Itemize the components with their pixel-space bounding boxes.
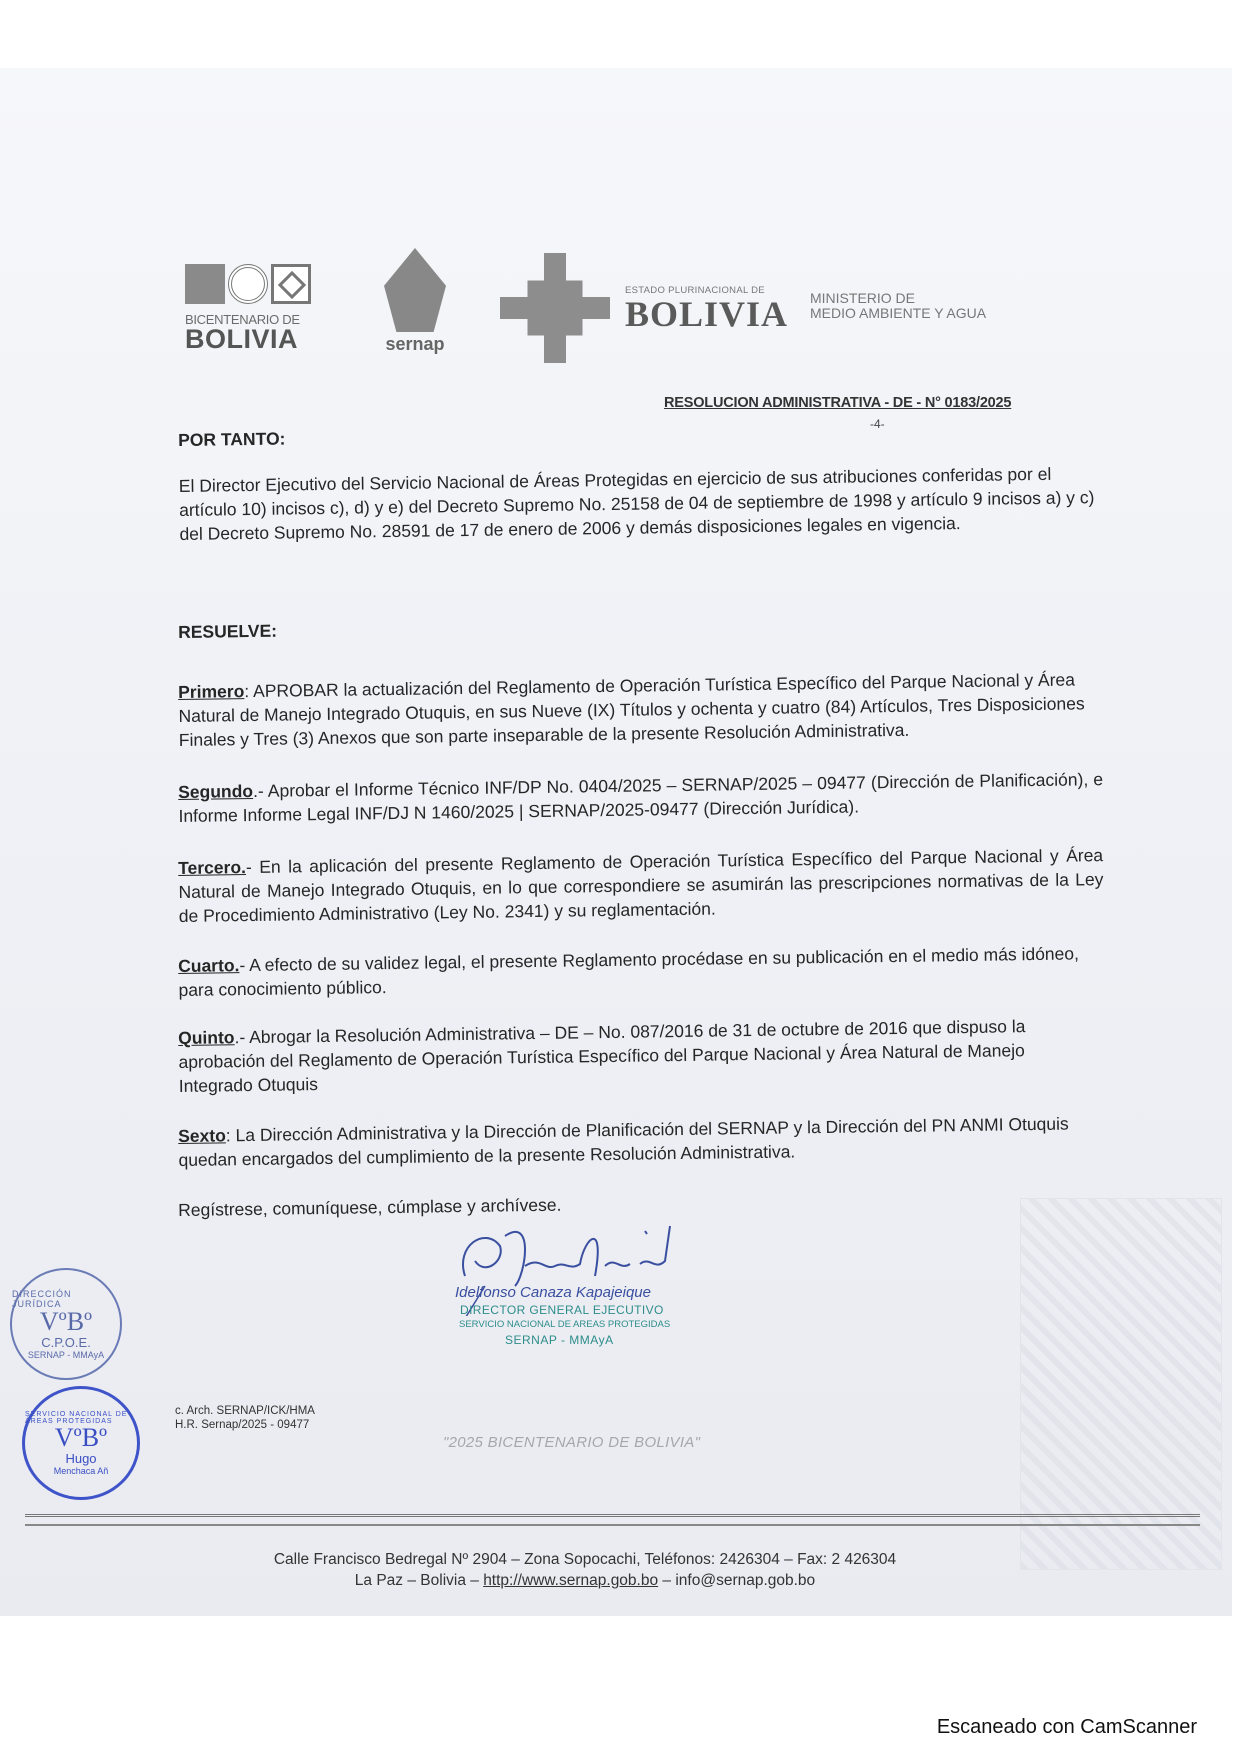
article-sexto: Sexto: La Dirección Administrativa y la … [178, 1111, 1104, 1172]
article-tercero: Tercero.- En la aplicación del presente … [178, 843, 1104, 928]
footer-contact: Calle Francisco Bedregal Nº 2904 – Zona … [0, 1549, 1170, 1591]
por-tanto-heading: POR TANTO: [178, 415, 1103, 452]
footer-city: La Paz – Bolivia – [355, 1572, 483, 1589]
resolution-title: RESOLUCION ADMINISTRATIVA - DE - N° 0183… [664, 395, 1011, 411]
bicentenario-title: BOLIVIA [185, 324, 320, 355]
por-tanto-section: POR TANTO: El Director Ejecutivo del Ser… [178, 415, 1105, 546]
chakana-emblem [500, 253, 610, 363]
article-cuarto: Cuarto.- A efecto de su validez legal, e… [178, 941, 1104, 1002]
article-quinto: Quinto.- Abrogar la Resolución Administr… [178, 1013, 1104, 1098]
stamp-ring-text: DIRECCIÓN JURÍDICA [12, 1289, 120, 1309]
article-sep: .- [234, 1027, 249, 1047]
signatory-institution: SERVICIO NACIONAL DE AREAS PROTEGIDAS [459, 1319, 670, 1330]
article-primero: Primero: APROBAR la actualización del Re… [178, 667, 1104, 752]
footer-city-line: La Paz – Bolivia – http://www.sernap.gob… [0, 1570, 1170, 1591]
stamp-vobo: VºBº [55, 1425, 107, 1451]
article-label: Tercero. [178, 857, 246, 878]
bicentenario-motto: "2025 BICENTENARIO DE BOLIVIA" [443, 1434, 700, 1451]
scanned-page: BICENTENARIO DE BOLIVIA sernap ESTADO PL… [0, 68, 1232, 1616]
article-label: Segundo [178, 781, 253, 802]
article-text: A efecto de su validez legal, el present… [178, 943, 1079, 1000]
article-sep: : [244, 681, 253, 701]
stamp-vobo: VºBº [40, 1309, 92, 1335]
stamp-initials: Hugo [65, 1451, 96, 1466]
bicentenario-logo: BICENTENARIO DE BOLIVIA [185, 264, 320, 355]
ministerio-logo: MINISTERIO DE MEDIO AMBIENTE Y AGUA [810, 291, 986, 321]
article-segundo: Segundo.- Aprobar el Informe Técnico INF… [178, 767, 1104, 828]
cc-line-2: H.R. Sernap/2025 - 09477 [175, 1418, 315, 1432]
article-label: Sexto [178, 1125, 226, 1146]
website-link[interactable]: http://www.sernap.gob.bo [483, 1572, 658, 1589]
article-sep: - [246, 857, 260, 877]
chakana-icon [500, 253, 610, 363]
article-text: Aprobar el Informe Técnico INF/DP No. 04… [178, 769, 1103, 826]
article-text: Abrogar la Resolución Administrativa – D… [178, 1016, 1025, 1096]
copy-distribution: c. Arch. SERNAP/ICK/HMA H.R. Sernap/2025… [175, 1404, 315, 1432]
article-label: Primero [178, 681, 244, 702]
estado-plurinacional-logo: ESTADO PLURINACIONAL DE BOLIVIA [625, 285, 788, 335]
signatory-name: Idelfonso Canaza Kapajeique [455, 1284, 651, 1301]
article-label: Quinto [178, 1027, 235, 1048]
footer-address: Calle Francisco Bedregal Nº 2904 – Zona … [0, 1549, 1170, 1570]
sernap-logo: sernap [375, 248, 455, 355]
article-label: Cuarto. [178, 955, 240, 976]
sernap-wordmark: sernap [375, 334, 455, 355]
stamp-direccion-juridica: DIRECCIÓN JURÍDICA VºBº C.P.O.E. SERNAP … [10, 1268, 122, 1380]
signatory-sub: SERNAP - MMAyA [505, 1333, 614, 1347]
article-sep: .- [253, 781, 268, 801]
sernap-leaf-icon [384, 248, 446, 332]
estado-title: BOLIVIA [625, 293, 788, 335]
article-text: La Dirección Administrativa y la Direcci… [178, 1114, 1068, 1170]
stamp-footer-text: Menchaca Añ [54, 1466, 109, 1476]
article-text: En la aplicación del presente Reglamento… [178, 845, 1103, 926]
bicentenario-icon [185, 264, 320, 306]
ministerio-line2: MEDIO AMBIENTE Y AGUA [810, 306, 986, 321]
article-text: APROBAR la actualización del Reglamento … [178, 669, 1084, 750]
cc-line-1: c. Arch. SERNAP/ICK/HMA [175, 1404, 315, 1418]
stamp-initials: C.P.O.E. [41, 1335, 91, 1350]
por-tanto-paragraph: El Director Ejecutivo del Servicio Nacio… [179, 461, 1105, 546]
footer-email: – info@sernap.gob.bo [658, 1572, 815, 1589]
resuelve-heading-text: RESUELVE: [178, 607, 1103, 644]
signature-block: Idelfonso Canaza Kapajeique DIRECTOR GEN… [445, 1216, 715, 1366]
article-sep: - [239, 955, 249, 975]
ministerio-line1: MINISTERIO DE [810, 291, 986, 306]
camscanner-watermark: Escaneado con CamScanner [937, 1716, 1197, 1739]
stamp-areas-protegidas: SERVICIO NACIONAL DE ÁREAS PROTEGIDAS Vº… [22, 1386, 140, 1500]
signature-scrawl-icon [445, 1216, 715, 1316]
letterhead: BICENTENARIO DE BOLIVIA sernap ESTADO PL… [185, 248, 1045, 368]
resuelve-heading: RESUELVE: [178, 607, 1103, 644]
stamp-footer-text: SERNAP - MMAyA [28, 1350, 104, 1360]
footer-divider [25, 1514, 1200, 1526]
signatory-role: DIRECTOR GENERAL EJECUTIVO [460, 1303, 664, 1317]
